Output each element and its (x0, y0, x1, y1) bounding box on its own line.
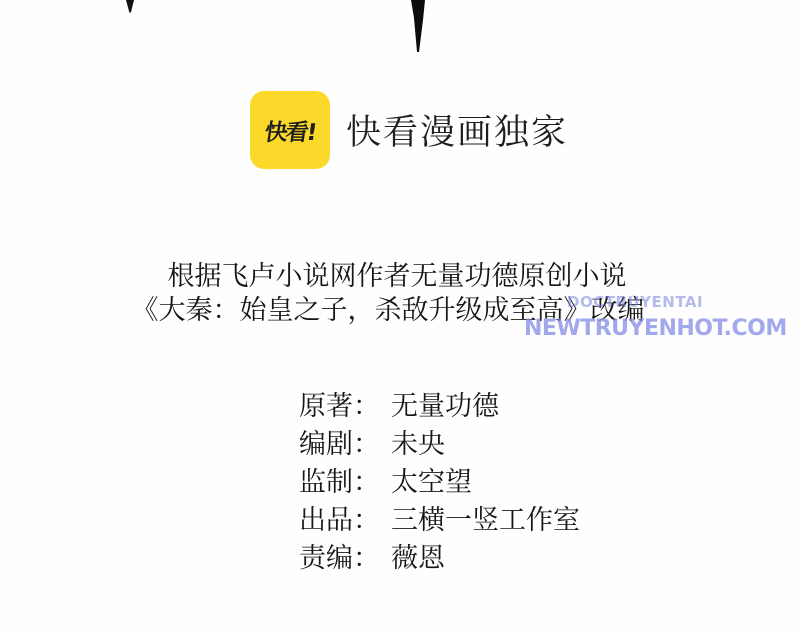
staff-name: 无量功德 (391, 384, 499, 423)
staff-name: 太空望 (391, 460, 472, 499)
staff-name: 三横一竖工作室 (391, 498, 580, 537)
brand-header: 快看! 快看漫画独家 (250, 91, 568, 169)
logo-text: 快看! (262, 114, 317, 147)
staff-row-supervisor: 监制： 太空望 (299, 460, 580, 498)
staff-row-original: 原著： 无量功德 (299, 384, 580, 422)
staff-row-screenwriter: 编剧： 未央 (299, 422, 580, 460)
staff-row-producer: 出品： 三横一竖工作室 (299, 498, 580, 536)
staff-name: 薇恩 (391, 536, 445, 575)
staff-name: 未央 (391, 422, 445, 461)
staff-role: 监制： (299, 460, 391, 499)
brand-title: 快看漫画独家 (346, 105, 568, 155)
staff-row-editor: 责编： 薇恩 (299, 536, 580, 574)
staff-role: 责编： (299, 536, 391, 575)
kuaikan-logo-icon: 快看! (250, 91, 330, 169)
watermark-top: DOCTRUYENTAI (567, 293, 703, 311)
ink-drip-right (411, 0, 431, 56)
ink-drip-left (124, 0, 136, 40)
staff-role: 出品： (299, 498, 391, 537)
staff-role: 原著： (299, 384, 391, 423)
staff-role: 编剧： (299, 422, 391, 461)
watermark-bottom: NEWTRUYENHOT.COM (524, 316, 787, 341)
staff-credits: 原著： 无量功德 编剧： 未央 监制： 太空望 出品： 三横一竖工作室 责编： … (299, 384, 580, 574)
